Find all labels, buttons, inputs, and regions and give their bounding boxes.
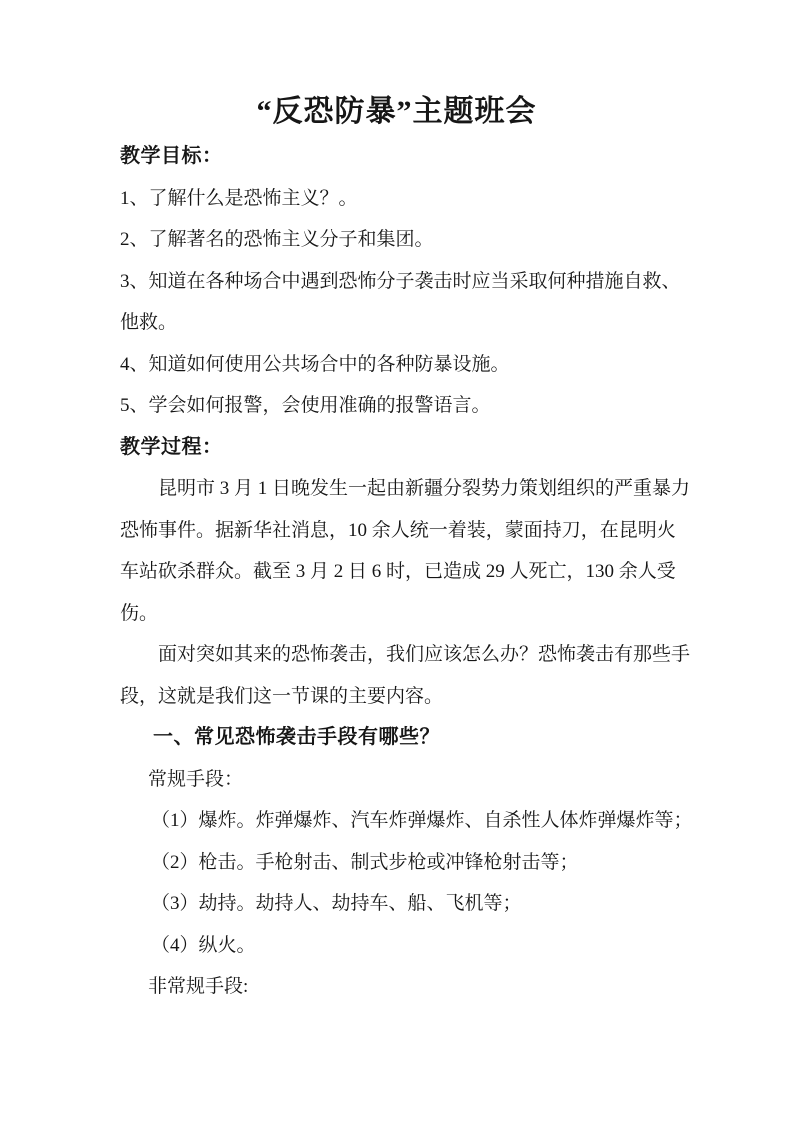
document-page: “反恐防暴”主题班会 教学目标： 1、了解什么是恐怖主义？。 2、了解著名的恐怖… bbox=[0, 0, 793, 1122]
objective-item-4: 4、知道如何使用公共场合中的各种防暴设施。 bbox=[120, 344, 676, 386]
heading-teaching-goals: 教学目标： bbox=[120, 136, 676, 178]
document-title: “反恐防暴”主题班会 bbox=[0, 88, 793, 136]
paragraph-line: 面对突如其来的恐怖袭击，我们应该怎么办？恐怖袭击有那些手 bbox=[120, 634, 676, 676]
paragraph-line: 段，这就是我们这一节课的主要内容。 bbox=[120, 676, 676, 718]
label-regular-methods: 常规手段： bbox=[120, 759, 676, 801]
paragraph-line: 恐怖事件。据新华社消息，10 余人统一着装，蒙面持刀，在昆明火 bbox=[120, 510, 676, 552]
objective-item-1: 1、了解什么是恐怖主义？。 bbox=[120, 178, 676, 220]
objective-item-3: 3、知道在各种场合中遇到恐怖分子袭击时应当采取何种措施自救、 bbox=[120, 261, 676, 303]
method-item-explosion: （1）爆炸。炸弹爆炸、汽车炸弹爆炸、自杀性人体炸弹爆炸等； bbox=[120, 800, 676, 842]
objectives-list: 1、了解什么是恐怖主义？。 2、了解著名的恐怖主义分子和集团。 3、知道在各种场… bbox=[120, 178, 676, 427]
paragraph-kunming-incident: 昆明市 3 月 1 日晚发生一起由新疆分裂势力策划组织的严重暴力 恐怖事件。据新… bbox=[120, 468, 676, 634]
objective-item-2: 2、了解著名的恐怖主义分子和集团。 bbox=[120, 219, 676, 261]
label-irregular-methods: 非常规手段: bbox=[120, 966, 676, 1008]
method-item-arson: （4）纵火。 bbox=[120, 925, 676, 967]
paragraph-line: 车站砍杀群众。截至 3 月 2 日 6 时，已造成 29 人死亡，130 余人受 bbox=[120, 551, 676, 593]
section-heading-attack-methods: 一、常见恐怖袭击手段有哪些？ bbox=[120, 717, 676, 759]
paragraph-line: 伤。 bbox=[120, 593, 676, 635]
paragraph-lesson-intro: 面对突如其来的恐怖袭击，我们应该怎么办？恐怖袭击有那些手 段，这就是我们这一节课… bbox=[120, 634, 676, 717]
method-item-hijacking: （3）劫持。劫持人、劫持车、船、飞机等； bbox=[120, 883, 676, 925]
objective-item-5: 5、学会如何报警，会使用准确的报警语言。 bbox=[120, 385, 676, 427]
heading-teaching-process: 教学过程： bbox=[120, 427, 676, 469]
objective-item-3-continued: 他救。 bbox=[120, 302, 676, 344]
document-body: 教学目标： 1、了解什么是恐怖主义？。 2、了解著名的恐怖主义分子和集团。 3、… bbox=[120, 136, 676, 1008]
paragraph-line: 昆明市 3 月 1 日晚发生一起由新疆分裂势力策划组织的严重暴力 bbox=[120, 468, 676, 510]
method-item-shooting: （2）枪击。手枪射击、制式步枪或冲锋枪射击等； bbox=[120, 842, 676, 884]
regular-methods-list: （1）爆炸。炸弹爆炸、汽车炸弹爆炸、自杀性人体炸弹爆炸等； （2）枪击。手枪射击… bbox=[120, 800, 676, 966]
